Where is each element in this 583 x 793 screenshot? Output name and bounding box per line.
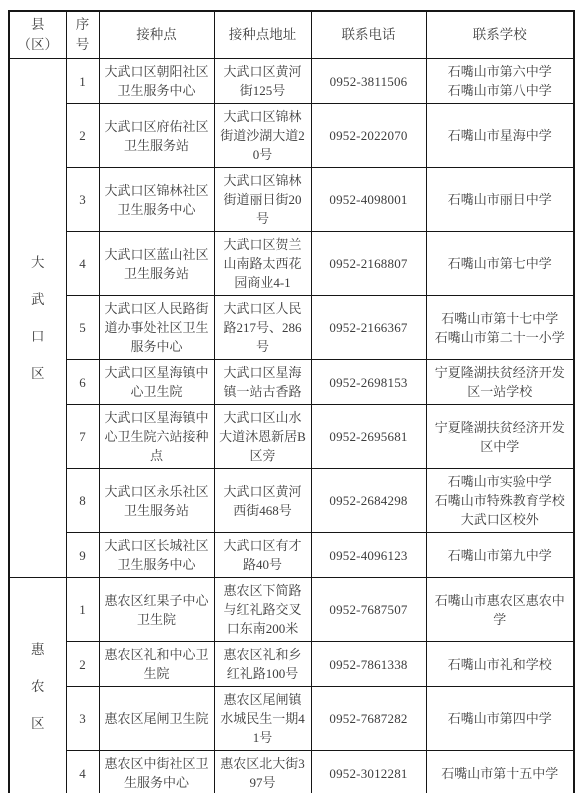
site-cell: 大武口区朝阳社区卫生服务中心 [99,59,214,104]
school-cell: 石嘴山市丽日中学 [426,168,574,232]
school-cell: 石嘴山市惠农区惠农中学 [426,578,574,642]
row-number-cell: 9 [66,533,99,578]
table-row: 9大武口区长城社区卫生服务中心大武口区有才路40号0952-4096123石嘴山… [9,533,574,578]
region-cell: 大武口区 [9,59,66,578]
row-number-cell: 5 [66,296,99,360]
address-cell: 大武口区星海镇一站古香路 [214,360,311,405]
page: 县 （区）序 号接种点接种点地址联系电话联系学校 大武口区1大武口区朝阳社区卫生… [0,0,583,793]
site-cell: 惠农区红果子中心卫生院 [99,578,214,642]
phone-cell: 0952-4096123 [311,533,426,578]
school-cell: 石嘴山市第六中学 石嘴山市第八中学 [426,59,574,104]
table-row: 6大武口区星海镇中心卫生院大武口区星海镇一站古香路0952-2698153宁夏隆… [9,360,574,405]
table-row: 2大武口区府佑社区卫生服务站大武口区锦林街道沙湖大道20号0952-202207… [9,104,574,168]
address-cell: 惠农区礼和乡红礼路100号 [214,642,311,687]
row-number-cell: 2 [66,642,99,687]
address-cell: 大武口区山水大道沐恩新居B区旁 [214,405,311,469]
address-cell: 大武口区人民路217号、286号 [214,296,311,360]
site-cell: 大武口区星海镇中心卫生院 [99,360,214,405]
school-cell: 石嘴山市星海中学 [426,104,574,168]
site-cell: 大武口区锦林社区卫生服务中心 [99,168,214,232]
row-number-cell: 3 [66,687,99,751]
row-number-cell: 4 [66,751,99,793]
table-row: 7大武口区星海镇中心卫生院六站接种点大武口区山水大道沐恩新居B区旁0952-26… [9,405,574,469]
site-cell: 惠农区尾闸卫生院 [99,687,214,751]
phone-cell: 0952-3012281 [311,751,426,793]
phone-cell: 0952-7687507 [311,578,426,642]
school-cell: 石嘴山市第十七中学 石嘴山市第二十一小学 [426,296,574,360]
column-header: 联系学校 [426,11,574,59]
table-row: 3惠农区尾闸卫生院惠农区尾闸镇水城民生一期41号0952-7687282石嘴山市… [9,687,574,751]
row-number-cell: 4 [66,232,99,296]
site-cell: 惠农区礼和中心卫生院 [99,642,214,687]
school-cell: 石嘴山市礼和学校 [426,642,574,687]
school-cell: 宁夏隆湖扶贫经济开发区一站学校 [426,360,574,405]
column-header: 序 号 [66,11,99,59]
row-number-cell: 1 [66,578,99,642]
phone-cell: 0952-7861338 [311,642,426,687]
site-cell: 大武口区长城社区卫生服务中心 [99,533,214,578]
table-row: 3大武口区锦林社区卫生服务中心大武口区锦林街道丽日街20号0952-409800… [9,168,574,232]
row-number-cell: 8 [66,469,99,533]
site-cell: 大武口区永乐社区卫生服务站 [99,469,214,533]
row-number-cell: 3 [66,168,99,232]
address-cell: 大武口区贺兰山南路太西花园商业4-1 [214,232,311,296]
school-cell: 石嘴山市第十五中学 [426,751,574,793]
address-cell: 大武口区锦林街道丽日街20号 [214,168,311,232]
address-cell: 大武口区黄河西街468号 [214,469,311,533]
vaccination-sites-table: 县 （区）序 号接种点接种点地址联系电话联系学校 大武口区1大武口区朝阳社区卫生… [8,10,575,793]
column-header: 接种点地址 [214,11,311,59]
row-number-cell: 6 [66,360,99,405]
address-cell: 惠农区下简路与红礼路交叉口东南200米 [214,578,311,642]
phone-cell: 0952-3811506 [311,59,426,104]
phone-cell: 0952-4098001 [311,168,426,232]
site-cell: 大武口区蓝山社区卫生服务站 [99,232,214,296]
table-row: 大武口区1大武口区朝阳社区卫生服务中心大武口区黄河街125号0952-38115… [9,59,574,104]
table-row: 5大武口区人民路街道办事处社区卫生服务中心大武口区人民路217号、286号095… [9,296,574,360]
phone-cell: 0952-7687282 [311,687,426,751]
table-row: 4大武口区蓝山社区卫生服务站大武口区贺兰山南路太西花园商业4-10952-216… [9,232,574,296]
region-label: 惠农区 [30,631,45,742]
table-header-row: 县 （区）序 号接种点接种点地址联系电话联系学校 [9,11,574,59]
row-number-cell: 1 [66,59,99,104]
phone-cell: 0952-2684298 [311,469,426,533]
address-cell: 惠农区尾闸镇水城民生一期41号 [214,687,311,751]
table-row: 8大武口区永乐社区卫生服务站大武口区黄河西街468号0952-2684298石嘴… [9,469,574,533]
address-cell: 惠农区北大街397号 [214,751,311,793]
address-cell: 大武口区锦林街道沙湖大道20号 [214,104,311,168]
row-number-cell: 7 [66,405,99,469]
column-header: 接种点 [99,11,214,59]
column-header: 联系电话 [311,11,426,59]
phone-cell: 0952-2168807 [311,232,426,296]
school-cell: 石嘴山市第四中学 [426,687,574,751]
site-cell: 大武口区星海镇中心卫生院六站接种点 [99,405,214,469]
address-cell: 大武口区黄河街125号 [214,59,311,104]
site-cell: 大武口区人民路街道办事处社区卫生服务中心 [99,296,214,360]
school-cell: 宁夏隆湖扶贫经济开发区中学 [426,405,574,469]
table-row: 惠农区1惠农区红果子中心卫生院惠农区下简路与红礼路交叉口东南200米0952-7… [9,578,574,642]
row-number-cell: 2 [66,104,99,168]
phone-cell: 0952-2166367 [311,296,426,360]
table-body: 大武口区1大武口区朝阳社区卫生服务中心大武口区黄河街125号0952-38115… [9,59,574,793]
school-cell: 石嘴山市第七中学 [426,232,574,296]
table-row: 4惠农区中街社区卫生服务中心惠农区北大街397号0952-3012281石嘴山市… [9,751,574,793]
column-header: 县 （区） [9,11,66,59]
table-row: 2惠农区礼和中心卫生院惠农区礼和乡红礼路100号0952-7861338石嘴山市… [9,642,574,687]
phone-cell: 0952-2022070 [311,104,426,168]
school-cell: 石嘴山市第九中学 [426,533,574,578]
phone-cell: 0952-2695681 [311,405,426,469]
phone-cell: 0952-2698153 [311,360,426,405]
site-cell: 惠农区中街社区卫生服务中心 [99,751,214,793]
school-cell: 石嘴山市实验中学 石嘴山市特殊教育学校 大武口区校外 [426,469,574,533]
region-cell: 惠农区 [9,578,66,793]
address-cell: 大武口区有才路40号 [214,533,311,578]
table-row: 县 （区）序 号接种点接种点地址联系电话联系学校 [9,11,574,59]
region-label: 大武口区 [30,244,45,392]
site-cell: 大武口区府佑社区卫生服务站 [99,104,214,168]
